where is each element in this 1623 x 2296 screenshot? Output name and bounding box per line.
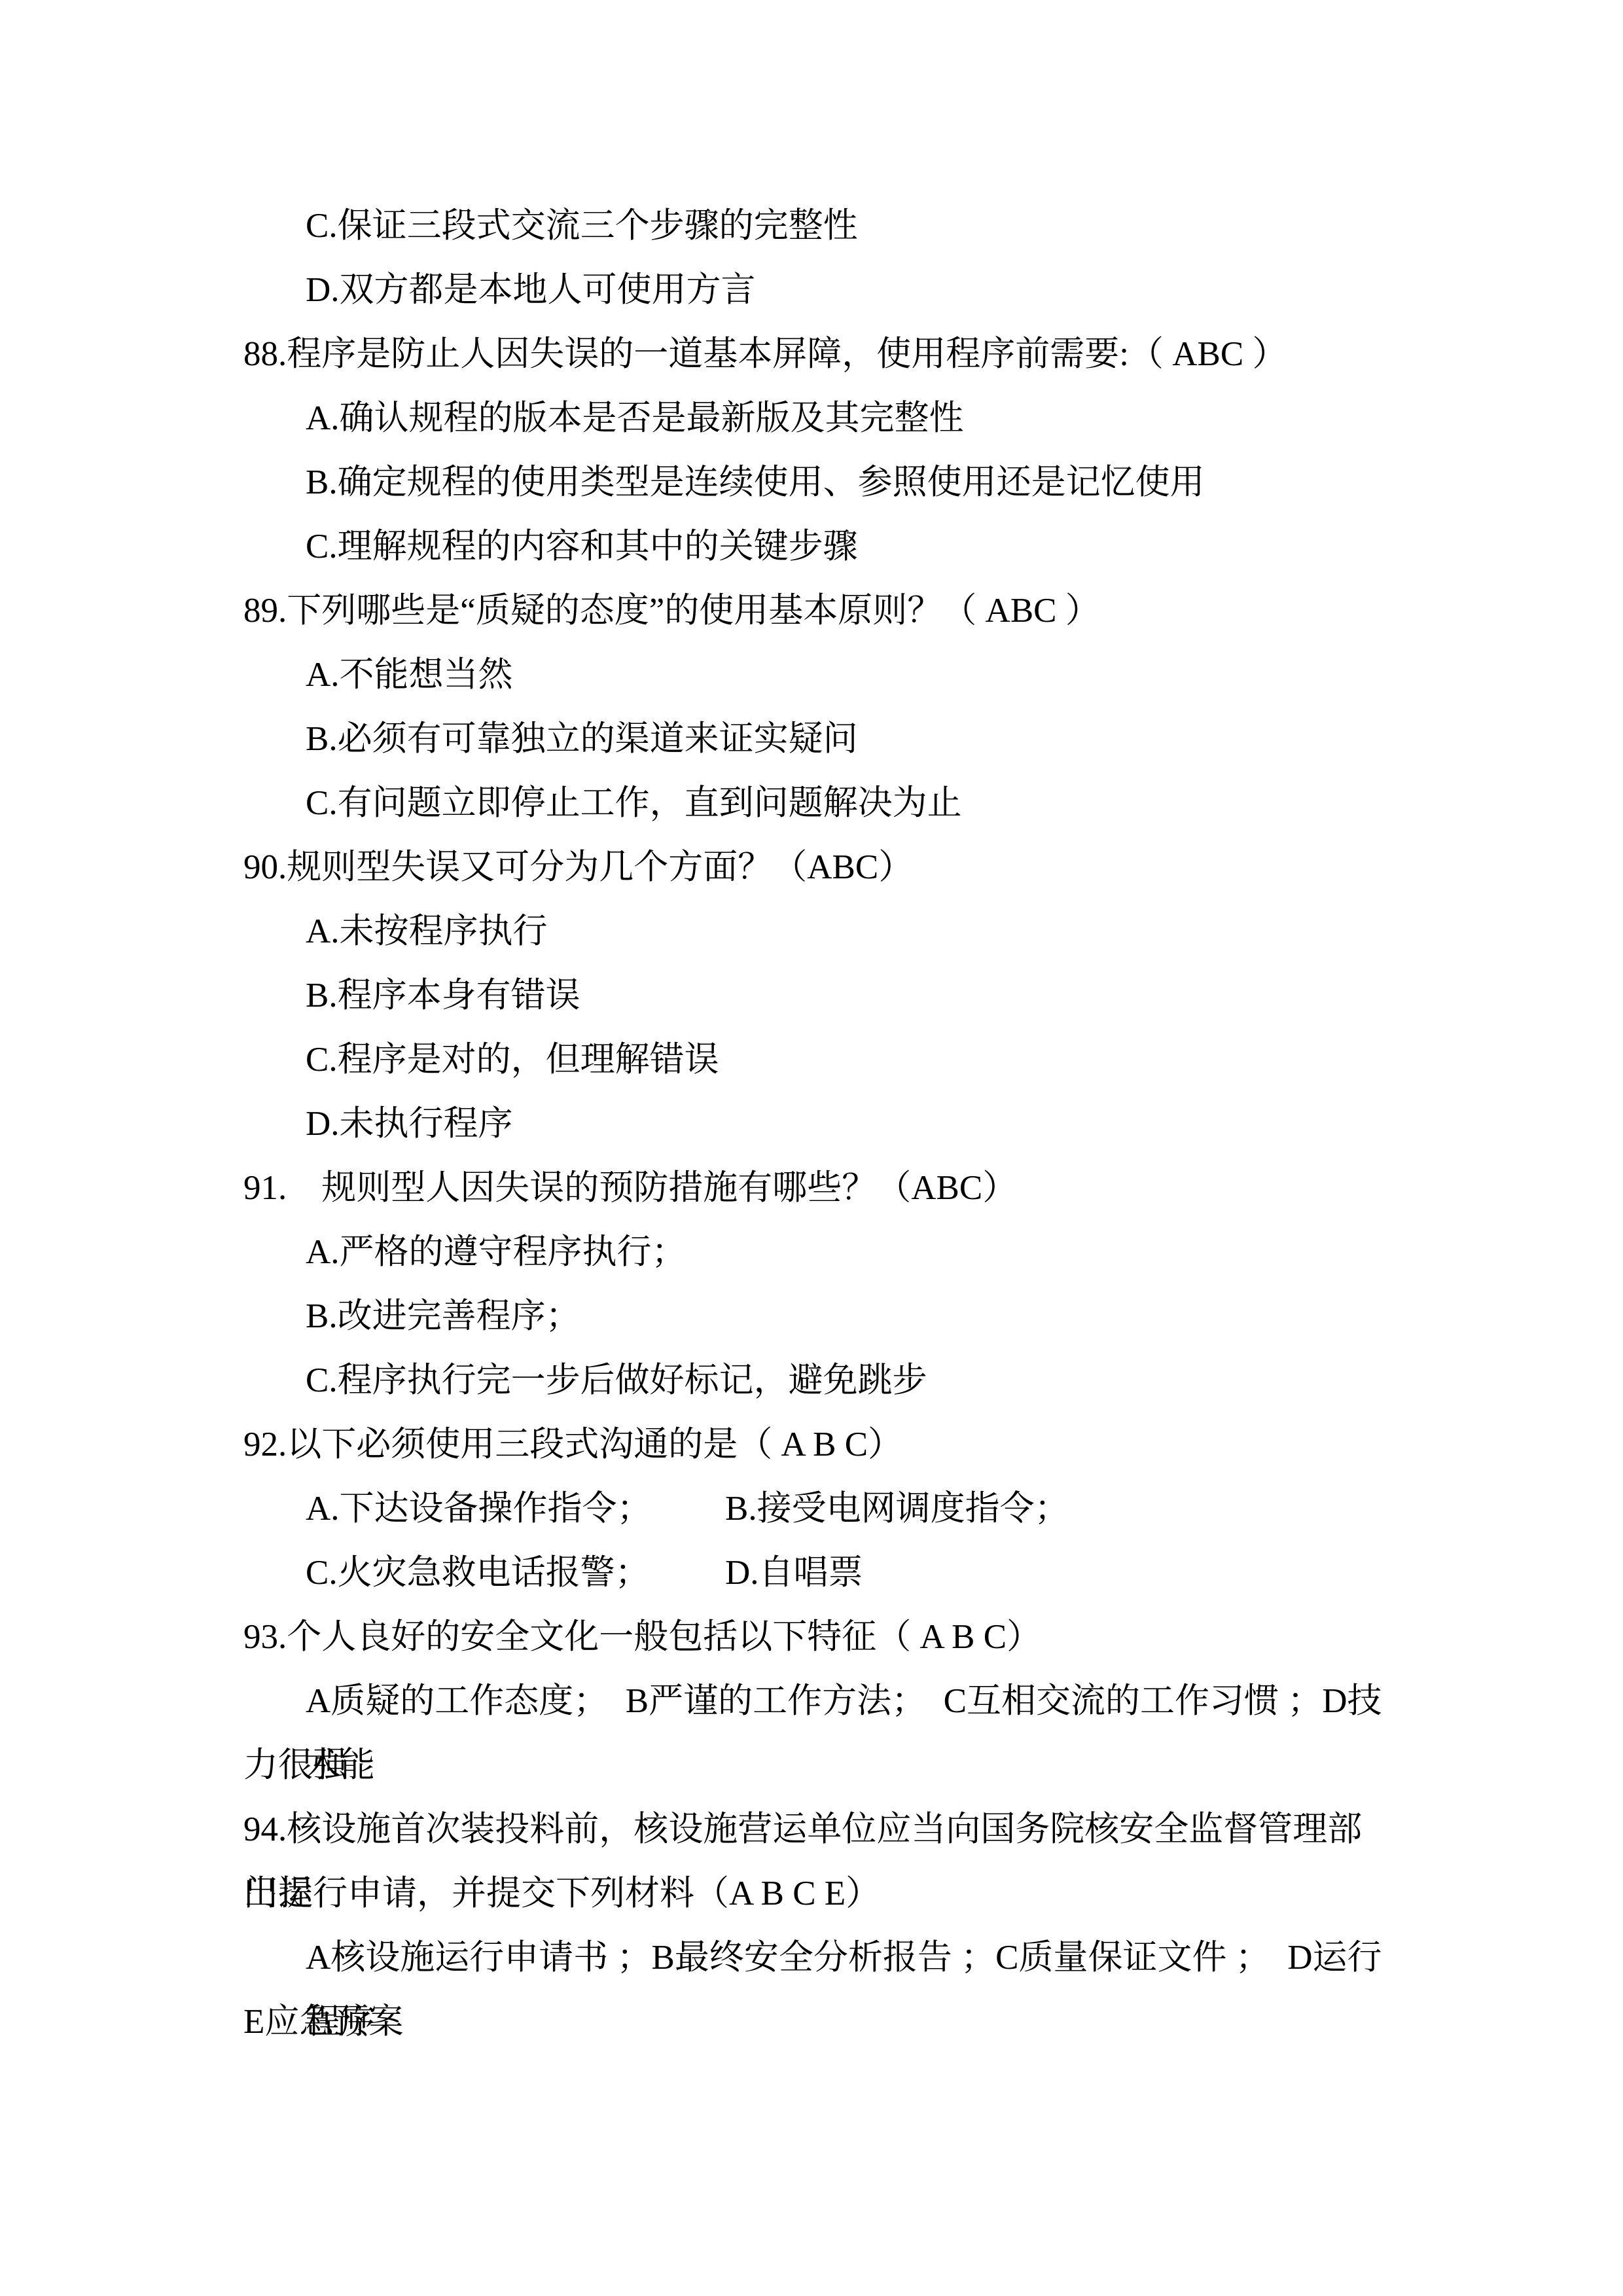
option-92-c: C.火灾急救电话报警； xyxy=(306,1541,725,1605)
option-92-d: D.自唱票 xyxy=(725,1541,1385,1605)
option-line-90-b: B.程序本身有错误 xyxy=(243,963,1385,1028)
question-line-88: 88.程序是防止人因失误的一道基本屏障，使用程序前需要:（ ABC ） xyxy=(243,322,1385,386)
option-line-87-c: C.保证三段式交流三个步骤的完整性 xyxy=(243,194,1385,258)
option-line-87-d: D.双方都是本地人可使用方言 xyxy=(243,258,1385,322)
option-92-b: B.接受电网调度指令； xyxy=(725,1477,1385,1541)
question-line-92: 92.以下必须使用三段式沟通的是（ A B C） xyxy=(243,1412,1385,1477)
option-line-89-a: A.不能想当然 xyxy=(243,643,1385,707)
option-line-91-b: B.改进完善程序； xyxy=(243,1284,1385,1348)
option-line-93-abcd: A质疑的工作态度； B严谨的工作方法； C互相交流的工作习惯 ；D技术能 xyxy=(243,1669,1385,1733)
question-line-90: 90.规则型失误又可分为几个方面？（ABC） xyxy=(243,835,1385,899)
question-line-94: 94.核设施首次装投料前，核设施营运单位应当向国务院核安全监督管理部门提 xyxy=(243,1797,1385,1861)
option-line-88-b: B.确定规程的使用类型是连续使用、参照使用还是记忆使用 xyxy=(243,450,1385,514)
question-line-94-wrap: 出运行申请，并提交下列材料（A B C E） xyxy=(243,1861,1385,1926)
question-line-89: 89.下列哪些是“质疑的态度”的使用基本原则？（ ABC ） xyxy=(243,579,1385,643)
option-line-90-a: A.未按程序执行 xyxy=(243,899,1385,963)
option-line-94-abcd: A核设施运行申请书 ；B最终安全分析报告 ；C质量保证文件 ； D运行程序 xyxy=(243,1926,1385,1990)
option-line-89-c: C.有问题立即停止工作，直到问题解决为止 xyxy=(243,771,1385,835)
option-line-90-c: C.程序是对的，但理解错误 xyxy=(243,1028,1385,1092)
option-row-92-cd: C.火灾急救电话报警； D.自唱票 xyxy=(243,1541,1385,1605)
question-line-91: 91. 规则型人因失误的预防措施有哪些？（ABC） xyxy=(243,1156,1385,1220)
question-list: C.保证三段式交流三个步骤的完整性 D.双方都是本地人可使用方言 88.程序是防… xyxy=(243,194,1385,2054)
option-line-90-d: D.未执行程序 xyxy=(243,1092,1385,1156)
option-line-93-wrap: 力很强 xyxy=(243,1733,1385,1797)
document-page: C.保证三段式交流三个步骤的完整性 D.双方都是本地人可使用方言 88.程序是防… xyxy=(0,0,1623,2296)
option-line-88-a: A.确认规程的版本是否是最新版及其完整性 xyxy=(243,386,1385,450)
option-row-92-ab: A.下达设备操作指令； B.接受电网调度指令； xyxy=(243,1477,1385,1541)
option-line-91-a: A.严格的遵守程序执行； xyxy=(243,1220,1385,1284)
option-line-89-b: B.必须有可靠独立的渠道来证实疑问 xyxy=(243,707,1385,771)
option-92-a: A.下达设备操作指令； xyxy=(306,1477,725,1541)
option-line-91-c: C.程序执行完一步后做好标记，避免跳步 xyxy=(243,1348,1385,1412)
option-line-88-c: C.理解规程的内容和其中的关键步骤 xyxy=(243,514,1385,579)
question-line-93: 93.个人良好的安全文化一般包括以下特征（ A B C） xyxy=(243,1605,1385,1669)
option-line-94-e: E应急预案 xyxy=(243,1990,1385,2054)
